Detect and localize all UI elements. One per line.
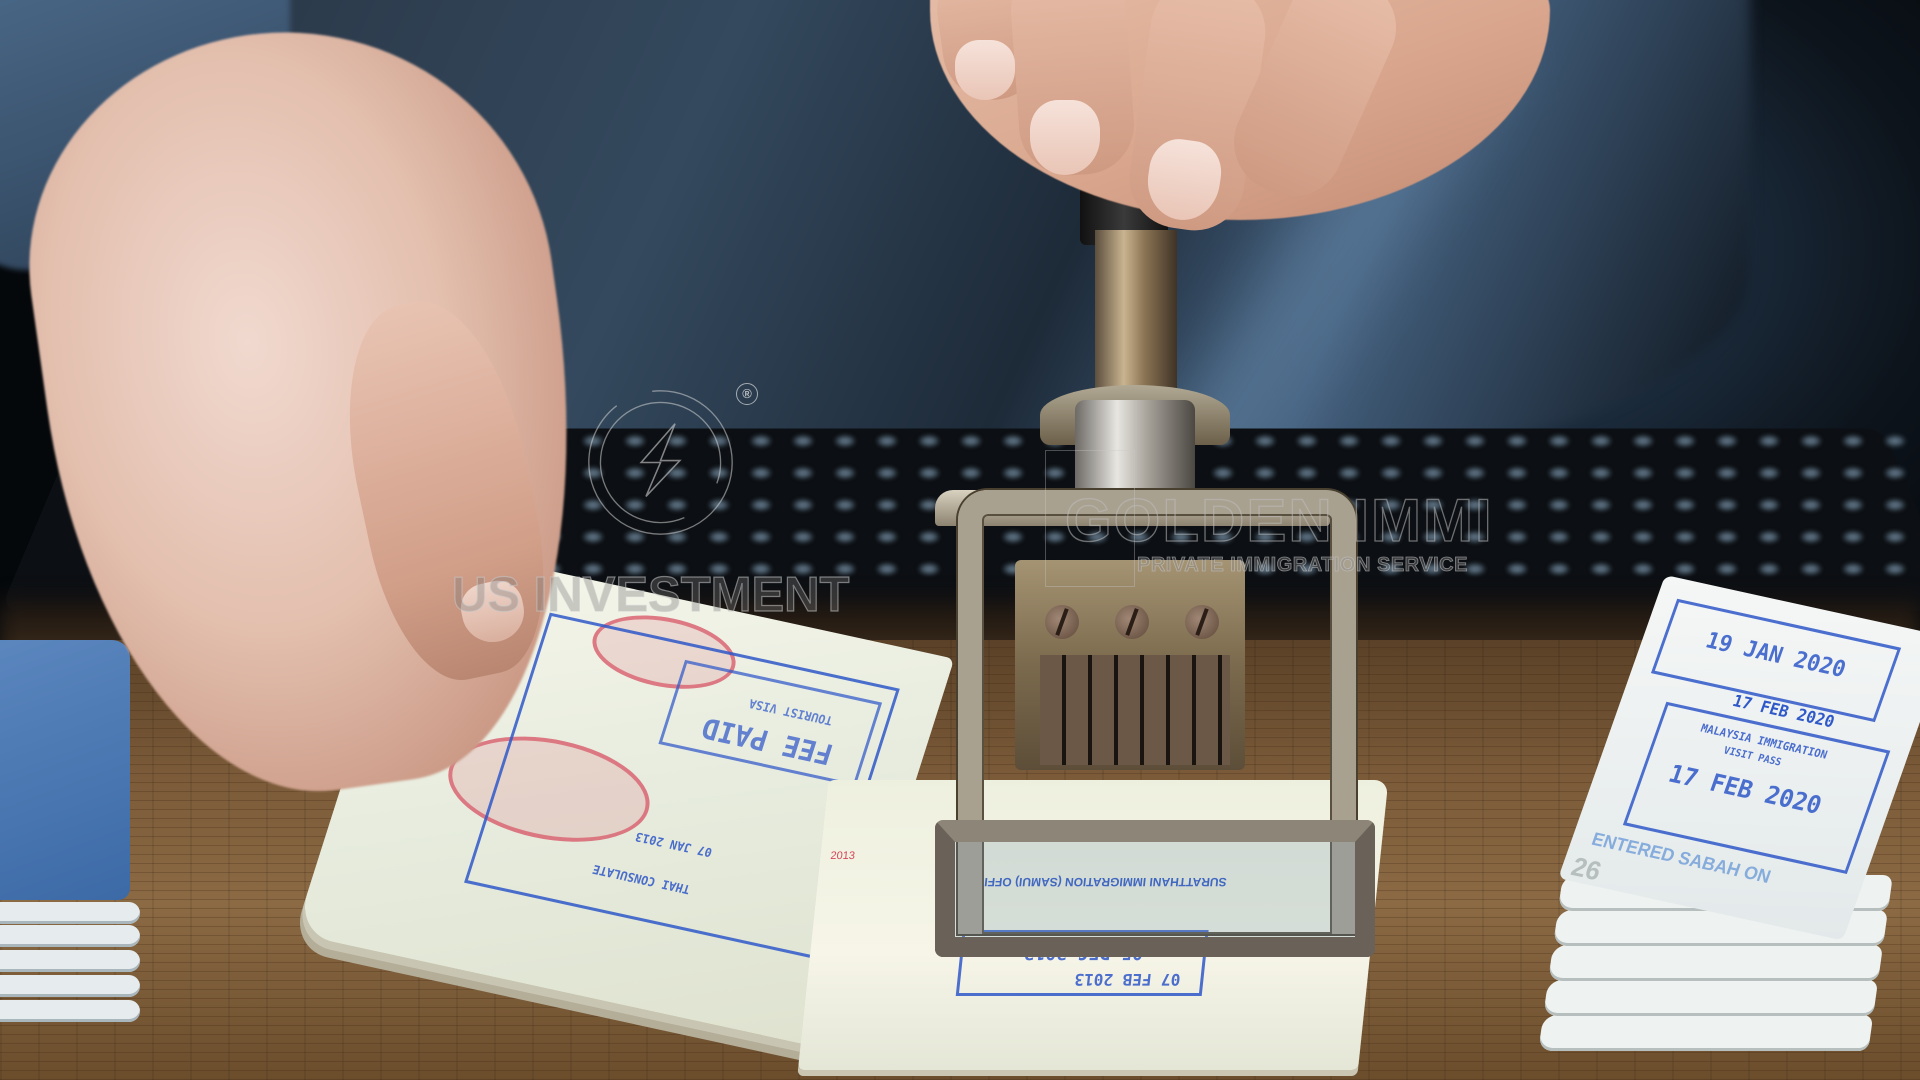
- fingernail: [955, 40, 1015, 100]
- passport-cover: [0, 640, 130, 900]
- screw-icon: [1185, 605, 1219, 639]
- watermark-us-investment: US INVESTMENT: [452, 567, 849, 623]
- screw-icon: [1045, 605, 1079, 639]
- watermark-private-immigration-service: PRIVATE IMMIGRATION SERVICE: [1137, 554, 1468, 577]
- photo-scene: 19 JAN 2020 17 FEB 2020 MALAYSIA IMMIGRA…: [0, 0, 1920, 1080]
- stamp-number-wheels: [1040, 655, 1230, 765]
- screw-icon: [1115, 605, 1149, 639]
- stamp-base: [935, 820, 1375, 957]
- circular-swirl-logo-icon: [583, 385, 738, 540]
- passport-stack-right: 19 JAN 2020 17 FEB 2020 MALAYSIA IMMIGRA…: [1525, 575, 1920, 1075]
- passport-stack-left: [0, 640, 155, 1060]
- registered-mark: ®: [736, 383, 758, 405]
- watermark-golden-immi: GOLDEN IMMI: [1065, 486, 1494, 555]
- fee-paid-box: FEE PAID TOURIST VISA: [658, 660, 882, 787]
- fingernail: [1030, 100, 1100, 175]
